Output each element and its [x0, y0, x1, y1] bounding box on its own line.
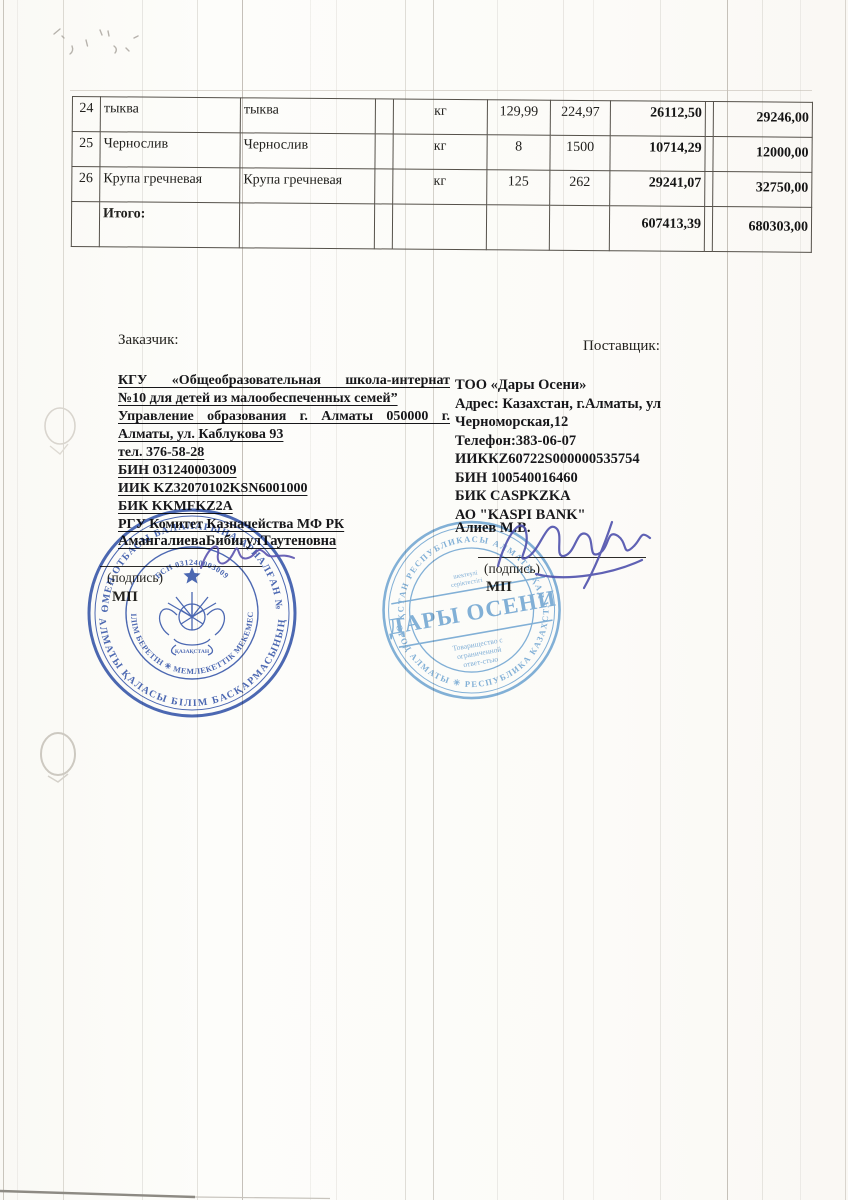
amount-2: 29246,00	[713, 102, 812, 138]
fold-line	[63, 0, 64, 1200]
goods-table: 24 тыква тыква кг 129,99 224,97 26112,50…	[71, 96, 813, 253]
total-amount-2: 680303,00	[712, 207, 811, 253]
supplier-line: БИН 100540016460	[455, 469, 713, 488]
page-edge-line	[3, 0, 4, 1200]
item-name: тыква	[100, 97, 240, 133]
page-bottom-edge	[0, 1186, 380, 1200]
spacer-cell	[486, 205, 549, 250]
spacer-cell	[375, 134, 393, 169]
stamp-banner-text: ҚАЗАҚСТАН	[175, 649, 210, 655]
quantity: 129,99	[487, 100, 550, 135]
quantity: 8	[487, 135, 550, 170]
table-row: 26 Крупа гречневая Крупа гречневая кг 12…	[72, 167, 812, 208]
customer-handwritten-signature	[196, 532, 306, 582]
spacer-cell	[549, 205, 609, 250]
item-name-2: Чернослив	[240, 133, 375, 169]
price: 1500	[550, 135, 610, 170]
total-label: Итого:	[99, 202, 239, 248]
customer-line: Алматы, ул. Каблукова 93	[118, 426, 450, 444]
customer-line: Управление образования г. Алматы 050000 …	[118, 408, 450, 426]
spacer-cell	[374, 204, 392, 249]
item-name-2: Крупа гречневая	[240, 168, 375, 204]
customer-line: КГУ «Общеобразовательная школа-интернат	[118, 372, 450, 390]
scan-artifact-line	[70, 90, 812, 91]
spacer-cell	[71, 202, 99, 247]
customer-line: ИИК KZ32070102KSN6001000	[118, 480, 450, 498]
hole-punch-mark	[40, 404, 84, 460]
supplier-line: ТОО «Дары Осени»	[455, 376, 713, 395]
scanned-document-page: 24 тыква тыква кг 129,99 224,97 26112,50…	[0, 0, 848, 1200]
item-name: Крупа гречневая	[100, 167, 240, 203]
hole-punch-mark	[36, 728, 84, 788]
price: 224,97	[550, 100, 610, 135]
spacer-cell	[375, 99, 393, 134]
item-name-2: тыква	[240, 98, 375, 134]
row-number: 26	[72, 167, 100, 202]
row-number: 24	[72, 97, 100, 132]
row-number: 25	[72, 132, 100, 167]
supplier-line: Черноморская,12	[455, 413, 713, 432]
amount: 10714,29	[610, 136, 705, 172]
unit: кг	[393, 99, 487, 135]
supplier-handwritten-signature	[492, 502, 662, 592]
amount: 29241,07	[610, 171, 705, 207]
amount-2: 32750,00	[713, 172, 812, 208]
supplier-line: Адрес: Казахстан, г.Алматы, ул	[455, 395, 713, 414]
total-amount: 607413,39	[609, 206, 704, 252]
pencil-marks	[42, 16, 162, 60]
customer-line: БИН 031240003009	[118, 462, 450, 480]
supplier-line: Телефон:383-06-07	[455, 432, 713, 451]
spacer-cell	[239, 203, 374, 249]
stamp-arc-text: АЛМАТЫ ҚАЛАСЫ БІЛІМ БАСҚАРМАСЫНЫҢ	[96, 618, 288, 710]
unit: кг	[393, 134, 487, 170]
quantity: 125	[487, 170, 550, 205]
goods-table-wrap: 24 тыква тыква кг 129,99 224,97 26112,50…	[71, 96, 813, 253]
spacer-cell	[375, 169, 393, 204]
customer-label: Заказчик:	[118, 332, 179, 349]
spacer-cell	[705, 136, 713, 171]
item-name: Чернослив	[100, 132, 240, 168]
supplier-label: Поставщик:	[583, 338, 660, 355]
customer-line: тел. 376-58-28	[118, 444, 450, 462]
spacer-cell	[705, 171, 713, 206]
spacer-cell	[705, 101, 713, 136]
table-row: 24 тыква тыква кг 129,99 224,97 26112,50…	[72, 97, 812, 138]
spacer-cell	[392, 204, 486, 250]
table-row: 25 Чернослив Чернослив кг 8 1500 10714,2…	[72, 132, 812, 173]
fold-line	[17, 0, 18, 1200]
unit: кг	[393, 169, 487, 205]
table-total-row: Итого: 607413,39 680303,00	[71, 202, 811, 253]
customer-line: №10 для детей из малообеспеченных семей”	[118, 390, 450, 408]
supplier-line: ИИККZ60722S000000535754	[455, 450, 713, 469]
amount: 26112,50	[610, 101, 705, 137]
page-edge-line	[845, 0, 846, 1200]
price: 262	[550, 170, 610, 205]
amount-2: 12000,00	[713, 137, 812, 173]
